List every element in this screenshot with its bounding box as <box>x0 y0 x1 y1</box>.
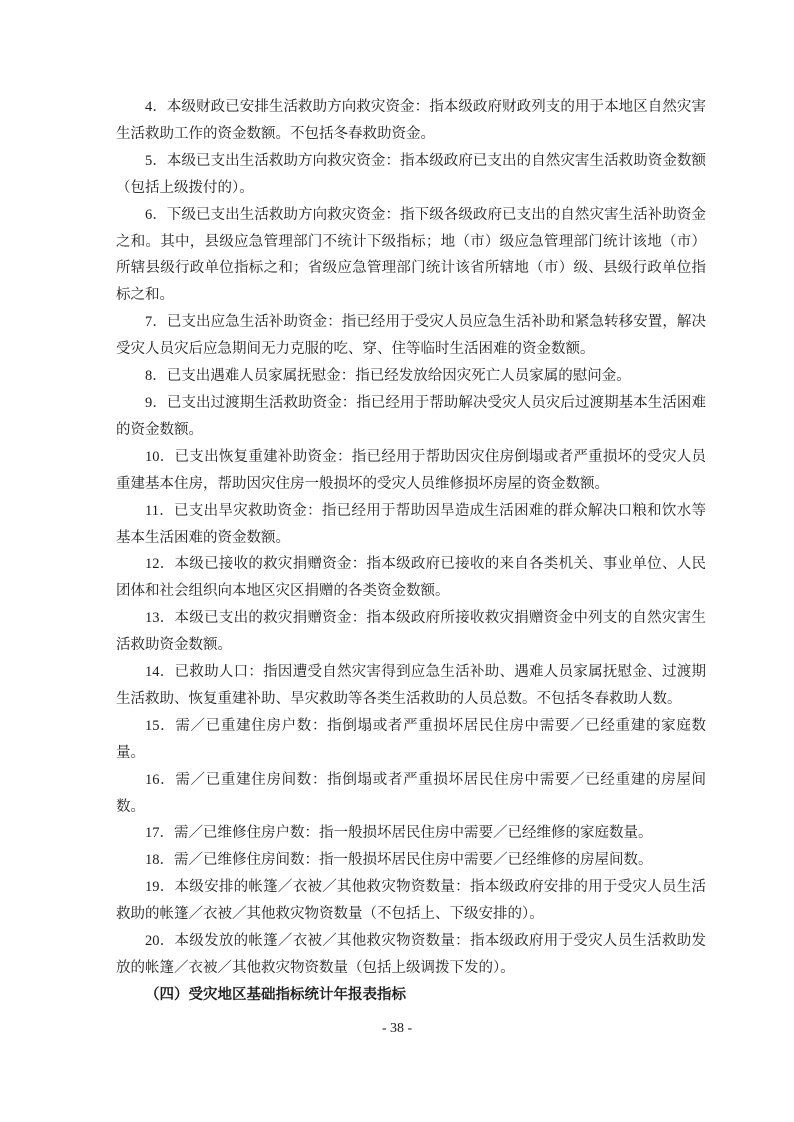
definition-item-17: 17．需／已维修住房户数：指一般损坏居民住房中需要／已经维修的家庭数量。 <box>116 820 706 847</box>
definition-item-13: 13．本级已支出的救灾捐赠资金：指本级政府所接收救灾捐赠资金中列支的自然灾害生活… <box>116 605 706 659</box>
definition-item-6: 6．下级已支出生活救助方向救灾资金：指下级各级政府已支出的自然灾害生活补助资金之… <box>116 202 706 310</box>
definition-item-18: 18．需／已维修住房间数：指一般损坏居民住房中需要／已经维修的房屋间数。 <box>116 847 706 874</box>
page-number: - 38 - <box>0 1021 794 1037</box>
definition-item-11: 11．已支出旱灾救助资金：指已经用于帮助因旱造成生活困难的群众解决口粮和饮水等基… <box>116 498 706 552</box>
document-body: 4．本级财政已安排生活救助方向救灾资金：指本级政府财政列支的用于本地区自然灾害生… <box>116 94 706 1009</box>
definition-item-19: 19．本级安排的帐篷／衣被／其他救灾物资数量：指本级政府安排的用于受灾人员生活救… <box>116 874 706 928</box>
definition-item-10: 10．已支出恢复重建补助资金：指已经用于帮助因灾住房倒塌或者严重损坏的受灾人员重… <box>116 444 706 498</box>
definition-item-15: 15．需／已重建住房户数：指倒塌或者严重损坏居民住房中需要／已经重建的家庭数量。 <box>116 713 706 767</box>
definition-item-16: 16．需／已重建住房间数：指倒塌或者严重损坏居民住房中需要／已经重建的房屋间数。 <box>116 767 706 821</box>
definition-item-4: 4．本级财政已安排生活救助方向救灾资金：指本级政府财政列支的用于本地区自然灾害生… <box>116 94 706 148</box>
definition-item-8: 8．已支出遇难人员家属抚慰金：指已经发放给因灾死亡人员家属的慰问金。 <box>116 363 706 390</box>
definition-item-9: 9．已支出过渡期生活救助资金：指已经用于帮助解决受灾人员灾后过渡期基本生活困难的… <box>116 390 706 444</box>
definition-item-14: 14．已救助人口：指因遭受自然灾害得到应急生活补助、遇难人员家属抚慰金、过渡期生… <box>116 659 706 713</box>
definition-item-20: 20．本级发放的帐篷／衣被／其他救灾物资数量：指本级政府用于受灾人员生活救助发放… <box>116 928 706 982</box>
definition-item-12: 12．本级已接收的救灾捐赠资金：指本级政府已接收的来自各类机关、事业单位、人民团… <box>116 551 706 605</box>
document-page: 4．本级财政已安排生活救助方向救灾资金：指本级政府财政列支的用于本地区自然灾害生… <box>0 0 794 1122</box>
section-heading: （四）受灾地区基础指标统计年报表指标 <box>116 982 706 1009</box>
definition-item-7: 7．已支出应急生活补助资金：指已经用于受灾人员应急生活补助和紧急转移安置，解决受… <box>116 309 706 363</box>
definition-item-5: 5．本级已支出生活救助方向救灾资金：指本级政府已支出的自然灾害生活救助资金数额（… <box>116 148 706 202</box>
